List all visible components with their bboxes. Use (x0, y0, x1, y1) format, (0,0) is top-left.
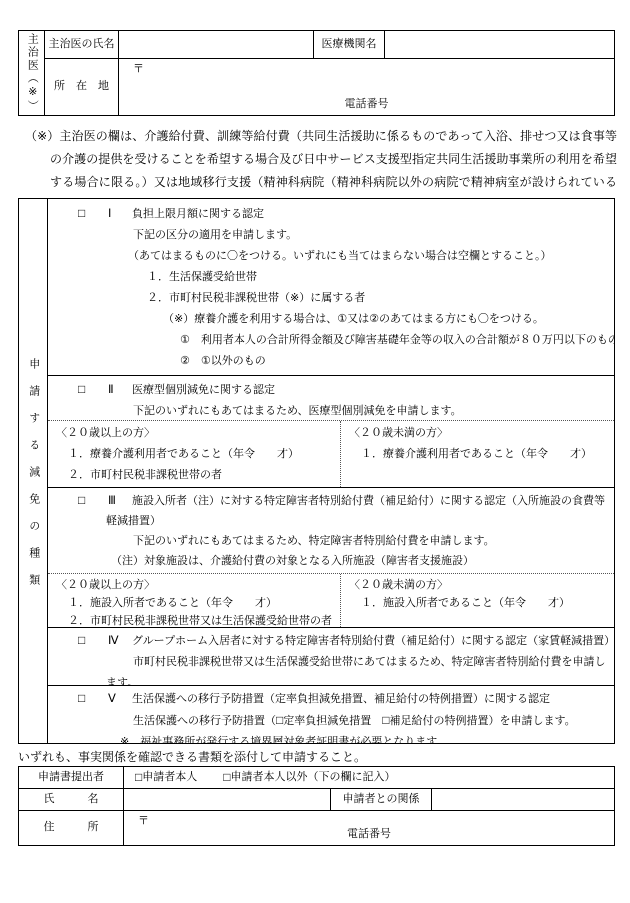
physician-address-label: 所 在 地 (45, 59, 119, 115)
section-2-adult-item-2: ２．市町村民税非課税世帯の者 (48, 465, 340, 486)
section-5-line-apply: 生活保護への移行予防措置（□定率負担減免措置 □補足給付の特例措置）を申請します… (48, 710, 614, 732)
relation-label: 申請者との関係 (331, 789, 432, 810)
attending-physician-table: 主治医（※） 主治医の氏名 医療機関名 所 在 地 〒 電話番号 (18, 30, 615, 116)
section-1-title: 負担上限月額に関する認定 (132, 208, 264, 220)
exemption-side-label: 申請する減免の種類 (19, 199, 48, 743)
section-4-line-apply: 市町村民税非課税世帯又は生活保護受給世帯にあてはまるため、特定障害者特別給付費を… (48, 652, 614, 673)
section-3-adult-item-2: ２．市町村民税非課税世帯又は生活保護受給世帯の者 (48, 612, 340, 627)
section-3: □Ⅲ施設入所者（注）に対する特定障害者特別給付費（補足給付）に関する認定（入所施… (48, 487, 614, 627)
section-3-adult-item-1: １．施設入所者であること（年令 才） (48, 594, 340, 612)
applicant-other-label: 申請者本人以外（下の欄に記入） (231, 770, 396, 785)
postal-mark: 〒 (133, 62, 144, 77)
submitter-phone-label: 電話番号 (124, 827, 614, 842)
section-3-adult-panel: 〈２０歳以上の方〉 １．施設入所者であること（年令 才） ２．市町村民税非課税世… (48, 574, 341, 627)
section-4-numeral: Ⅳ (108, 631, 132, 652)
section-1-item-1: １．生活保護受給世帯 (48, 267, 614, 288)
applicant-self-label: 申請者本人 (142, 770, 197, 785)
attachment-note: いずれも、事実関係を確認できる書類を添付して申請すること。 (18, 749, 366, 766)
section-2-panels: 〈２０歳以上の方〉 １．療養介護利用者であること（年令 才） ２．市町村民税非課… (48, 421, 614, 487)
section-3-header: □Ⅲ施設入所者（注）に対する特定障害者特別給付費（補足給付）に関する認定（入所施… (48, 490, 614, 511)
section-5-numeral: Ⅴ (108, 689, 132, 710)
submitter-address-label: 住 所 (19, 811, 124, 845)
submitter-address-field[interactable]: 〒 電話番号 (124, 811, 614, 845)
section-5-header: □Ⅴ生活保護への移行予防措置（定率負担減免措置、補足給付の特例措置）に関する認定 (48, 688, 614, 710)
physician-name-label: 主治医の氏名 (45, 31, 119, 58)
physician-table-body: 主治医の氏名 医療機関名 所 在 地 〒 電話番号 (45, 31, 614, 115)
section-4-title: グループホーム入居者に対する特定障害者特別給付費（補足給付）に関する認定（家賃軽… (132, 635, 614, 647)
exemption-sections: □Ⅰ負担上限月額に関する認定 下記の区分の適用を申請します。 （あてはまるものに… (48, 199, 614, 743)
section-3-minor-panel: 〈２０歳未満の方〉 １．施設入所者であること（年令 才） (341, 574, 614, 627)
section-4-header: □Ⅳグループホーム入居者に対する特定障害者特別給付費（補足給付）に関する認定（家… (48, 630, 614, 652)
section-2-minor-panel: 〈２０歳未満の方〉 １．療養介護利用者であること（年令 才） (341, 421, 614, 487)
section-1-item-2: ２．市町村民税非課税世帯（※）に属する者 (48, 288, 614, 309)
submitter-label: 申請書提出者 (19, 767, 124, 788)
submitter-table: 申請書提出者 □申請者本人 □申請者本人以外（下の欄に記入） 氏 名 申請者との… (18, 766, 615, 846)
section-2-header-block: □Ⅱ医療型個別減免に関する認定 下記のいずれにもあてはまるため、医療型個別減免を… (48, 376, 614, 421)
physician-name-field[interactable] (119, 31, 314, 58)
medical-org-field[interactable] (385, 31, 614, 58)
section-5-checkbox[interactable]: □ (78, 688, 108, 709)
section-2-minor-item-1: １．療養介護利用者であること（年令 才） (341, 444, 614, 465)
section-3-adult-header: 〈２０歳以上の方〉 (48, 576, 340, 594)
section-3-numeral: Ⅲ (108, 491, 132, 511)
supplementary-benefit-checkbox[interactable]: □ (382, 713, 389, 727)
section-3-note: （注）対象施設は、介護給付費の対象となる入所施設（障害者支援施設） (48, 551, 614, 571)
medical-org-label: 医療機関名 (314, 31, 385, 58)
section-3-panels: 〈２０歳以上の方〉 １．施設入所者であること（年令 才） ２．市町村民税非課税世… (48, 574, 614, 627)
section-2-line-apply: 下記のいずれにもあてはまるため、医療型個別減免を申請します。 (48, 401, 614, 422)
section-2-adult-panel: 〈２０歳以上の方〉 １．療養介護利用者であること（年令 才） ２．市町村民税非課… (48, 421, 341, 487)
section-1-line-instruction: （あてはまるものに〇をつける。いずれにも当てはまらない場合は空欄とすること。） (48, 246, 614, 267)
section-5-apply-text-2: 定率負担減免措置 (283, 715, 382, 727)
submitter-options: □申請者本人 □申請者本人以外（下の欄に記入） (124, 767, 614, 788)
section-2-adult-header: 〈２０歳以上の方〉 (48, 423, 340, 444)
section-1-checkbox[interactable]: □ (78, 203, 108, 224)
section-2-minor-header: 〈２０歳未満の方〉 (341, 423, 614, 444)
section-1-circle-1: ① 利用者本人の合計所得金額及び障害基礎年金等の収入の合計額が８０万円以下のもの (48, 330, 614, 351)
section-2-title: 医療型個別減免に関する認定 (132, 384, 275, 396)
physician-address-field[interactable]: 〒 電話番号 (119, 59, 614, 115)
section-1-note: （※）療養介護を利用する場合は、①又は②のあてはまる方にも〇をつける。 (48, 309, 614, 330)
applicant-self-checkbox[interactable]: □ (135, 769, 142, 786)
section-4-checkbox[interactable]: □ (78, 630, 108, 651)
section-2-checkbox[interactable]: □ (78, 379, 108, 400)
section-3-checkbox[interactable]: □ (78, 490, 108, 510)
submitter-name-field[interactable] (124, 789, 331, 810)
section-3-title-continued: 軽減措置） (48, 511, 614, 531)
section-5: □Ⅴ生活保護への移行予防措置（定率負担減免措置、補足給付の特例措置）に関する認定… (48, 685, 614, 743)
section-3-minor-item-1: １．施設入所者であること（年令 才） (341, 594, 614, 612)
section-5-title: 生活保護への移行予防措置（定率負担減免措置、補足給付の特例措置）に関する認定 (132, 693, 550, 705)
section-5-apply-text-3: 補足給付の特例措置）を申請します。 (390, 715, 576, 727)
physician-side-label: 主治医（※） (19, 31, 45, 115)
physician-name-row: 主治医の氏名 医療機関名 (45, 31, 614, 59)
section-1-circle-2: ② ①以外のもの (48, 351, 614, 372)
section-1: □Ⅰ負担上限月額に関する認定 下記の区分の適用を申請します。 （あてはまるものに… (48, 199, 614, 375)
physician-phone-label: 電話番号 (119, 97, 614, 112)
section-3-minor-header: 〈２０歳未満の方〉 (341, 576, 614, 594)
section-1-line-apply: 下記の区分の適用を申請します。 (48, 225, 614, 246)
section-2: □Ⅱ医療型個別減免に関する認定 下記のいずれにもあてはまるため、医療型個別減免を… (48, 375, 614, 487)
section-4: □Ⅳグループホーム入居者に対する特定障害者特別給付費（補足給付）に関する認定（家… (48, 627, 614, 685)
section-1-numeral: Ⅰ (108, 204, 132, 225)
exemption-type-table: 申請する減免の種類 □Ⅰ負担上限月額に関する認定 下記の区分の適用を申請します。… (18, 198, 615, 744)
section-5-apply-text-1: 生活保護への移行予防措置（ (133, 715, 276, 727)
submitter-name-row: 氏 名 申請者との関係 (19, 789, 614, 811)
option-applicant-other: □申請者本人以外（下の欄に記入） (223, 769, 395, 786)
section-3-header-block: □Ⅲ施設入所者（注）に対する特定障害者特別給付費（補足給付）に関する認定（入所施… (48, 488, 614, 574)
section-3-line-apply: 下記のいずれにもあてはまるため、特定障害者特別給付費を申請します。 (48, 531, 614, 551)
section-3-title: 施設入所者（注）に対する特定障害者特別給付費（補足給付）に関する認定（入所施設の… (132, 495, 605, 507)
section-1-header: □Ⅰ負担上限月額に関する認定 (48, 203, 614, 225)
submitter-row: 申請書提出者 □申請者本人 □申請者本人以外（下の欄に記入） (19, 767, 614, 789)
section-5-certificate-note: ※ 福祉事務所が発行する境界層対象者証明書が必要となります。 (48, 732, 614, 743)
section-2-numeral: Ⅱ (108, 380, 132, 401)
submitter-name-label: 氏 名 (19, 789, 124, 810)
relation-field[interactable] (432, 789, 614, 810)
physician-address-row: 所 在 地 〒 電話番号 (45, 59, 614, 115)
submitter-address-row: 住 所 〒 電話番号 (19, 811, 614, 845)
section-2-adult-item-1: １．療養介護利用者であること（年令 才） (48, 444, 340, 465)
option-applicant-self: □申請者本人 (135, 769, 197, 786)
applicant-other-checkbox[interactable]: □ (223, 769, 230, 786)
section-4-line-apply-continued: ます。 (48, 673, 614, 685)
section-2-header: □Ⅱ医療型個別減免に関する認定 (48, 379, 614, 401)
